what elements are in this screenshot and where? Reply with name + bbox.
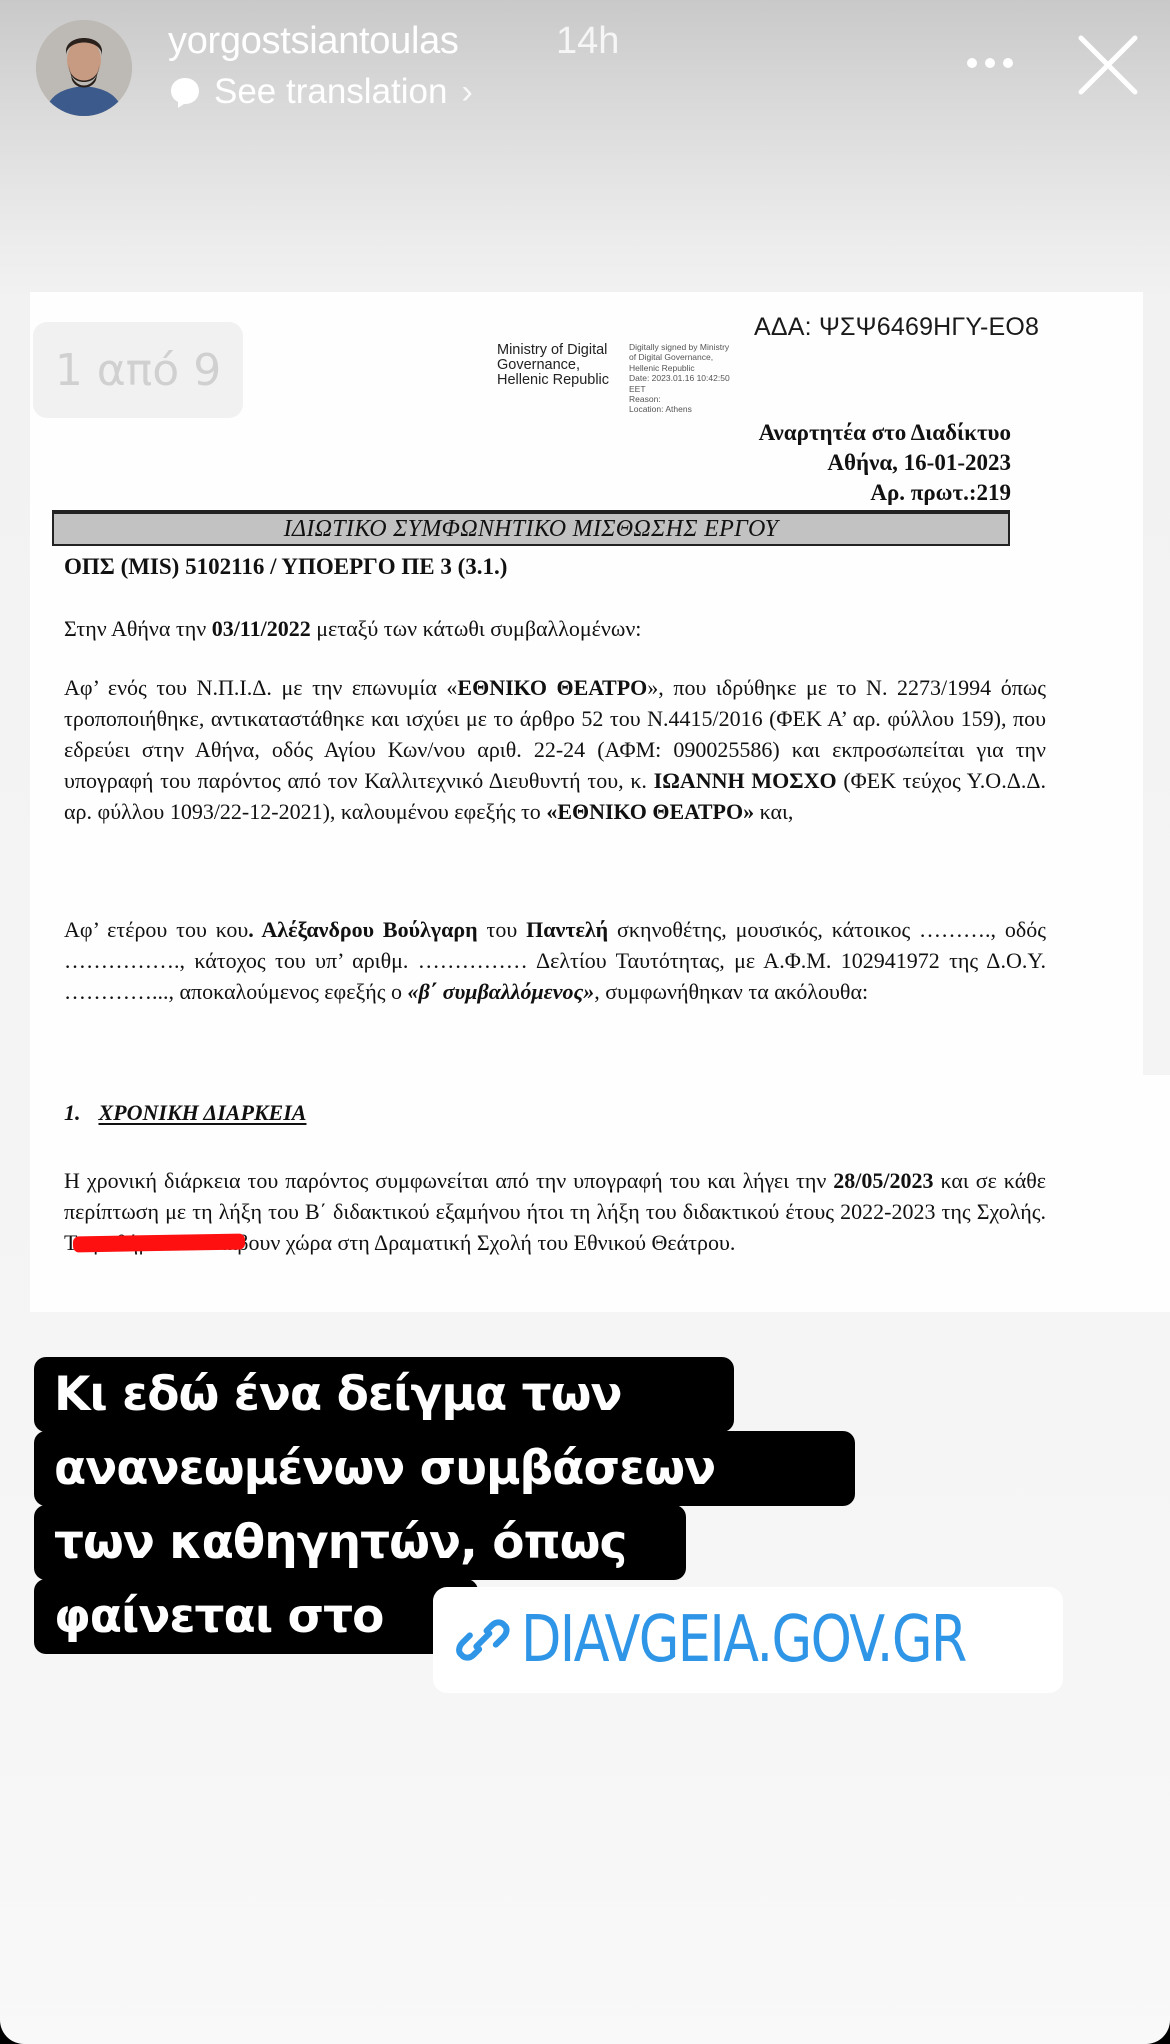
signature-line: Location: Athens <box>629 404 759 414</box>
text: Αφ’ ενός του Ν.Π.Ι.Δ. με την επωνυμία « <box>64 675 457 700</box>
link-label: DIAVGEIA.GOV.GR <box>521 1603 966 1677</box>
avatar[interactable] <box>36 20 132 116</box>
party-b-paragraph: Αφ’ ετέρου του κου. Αλέξανδρου Βούλγαρη … <box>64 914 1046 1007</box>
end-date: 28/05/2023 <box>833 1168 933 1193</box>
link-sticker[interactable]: DIAVGEIA.GOV.GR <box>433 1587 1063 1693</box>
document-title: ΙΔΙΩΤΙΚΟ ΣΥΜΦΩΝΗΤΙΚΟ ΜΙΣΘΩΣΗΣ ΕΡΓΟΥ <box>52 512 1010 546</box>
caption-line: φαίνεται στο <box>34 1579 478 1654</box>
close-icon[interactable] <box>1075 32 1141 98</box>
signature-line: of Digital Governance, <box>629 352 759 362</box>
post-time: 14h <box>556 20 619 63</box>
signature-line: Date: 2023.01.16 10:42:50 <box>629 373 759 383</box>
text: μεταξύ των κάτωθι συμβαλλομένων: <box>311 616 642 641</box>
caption-line: των καθηγητών, όπως <box>34 1505 686 1580</box>
signature-line: EET <box>629 384 759 394</box>
contract-date: 03/11/2022 <box>212 616 311 641</box>
document-header-right: Αναρτητέα στο Διαδίκτυο Αθήνα, 16-01-202… <box>600 418 1011 508</box>
text: Η χρονική διάρκεια του παρόντος συμφωνεί… <box>64 1168 833 1193</box>
ministry-line: Ministry of Digital <box>497 343 619 358</box>
signature-line: Hellenic Republic <box>629 363 759 373</box>
father-name: Παντελή <box>526 917 608 942</box>
ministry-label: Ministry of Digital Governance, Hellenic… <box>497 343 619 388</box>
director-name: ΙΩΑΝΝΗ ΜΟΣΧΟ <box>654 768 837 793</box>
link-icon <box>455 1610 511 1670</box>
document-date: Αθήνα, 16-01-2023 <box>600 448 1011 478</box>
text: Αφ’ ετέρου του κου <box>64 917 248 942</box>
ministry-line: Hellenic Republic <box>497 373 619 388</box>
section-heading: 1.ΧΡΟΝΙΚΗ ΔΙΑΡΚΕΙΑ <box>64 1100 306 1126</box>
protocol-number: Αρ. πρωτ.:219 <box>600 478 1011 508</box>
ellipsis-dot <box>985 58 995 68</box>
ellipsis-icon <box>967 58 977 68</box>
contractor-name: . Αλέξανδρου Βούλγαρη <box>248 917 477 942</box>
ministry-line: Governance, <box>497 358 619 373</box>
section-number: 1. <box>64 1100 81 1125</box>
story-viewer: yorgostsiantoulas 14h See translation › … <box>0 0 1170 2044</box>
ellipsis-dot <box>1003 58 1013 68</box>
text: Στην Αθήνα την <box>64 616 212 641</box>
red-redaction-mark <box>73 1234 245 1253</box>
section-title: ΧΡΟΝΙΚΗ ΔΙΑΡΚΕΙΑ <box>99 1100 307 1125</box>
organization-name: «ΕΘΝΙΚΟ ΘΕΑΤΡΟ» <box>546 799 754 824</box>
profile-photo-icon <box>36 20 132 116</box>
page-indicator: 1 από 9 <box>33 322 243 418</box>
ada-code: ΑΔΑ: ΨΣΨ6469ΗΓΥ-ΕΟ8 <box>754 313 1039 342</box>
see-translation-link[interactable]: See translation › <box>168 70 473 114</box>
text: και, <box>754 799 793 824</box>
more-options-button[interactable] <box>960 48 1020 78</box>
signature-line: Reason: <box>629 394 759 404</box>
text: του <box>478 917 526 942</box>
party-label: «β΄ συμβαλλόμενος» <box>408 979 595 1004</box>
organization-name: ΕΘΝΙΚΟ ΘΕΑΤΡΟ <box>457 675 647 700</box>
see-translation-label: See translation <box>214 72 447 112</box>
mis-line: ΟΠΣ (MIS) 5102116 / ΥΠΟΕΡΓΟ ΠΕ 3 (3.1.) <box>64 554 507 580</box>
party-a-paragraph: Αφ’ ενός του Ν.Π.Ι.Δ. με την επωνυμία «Ε… <box>64 672 1046 827</box>
caption-line: ανανεωμένων συμβάσεων <box>34 1431 855 1506</box>
story-header: yorgostsiantoulas 14h See translation › <box>0 0 1170 140</box>
contract-date-paragraph: Στην Αθήνα την 03/11/2022 μεταξύ των κάτ… <box>64 613 1046 644</box>
digital-signature: Digitally signed by Ministry of Digital … <box>629 342 759 415</box>
username[interactable]: yorgostsiantoulas <box>168 20 459 63</box>
caption-line: Κι εδώ ένα δείγμα των <box>34 1357 734 1432</box>
signature-line: Digitally signed by Ministry <box>629 342 759 352</box>
speech-bubble-icon <box>168 75 202 109</box>
chevron-right-icon: › <box>461 73 472 112</box>
publish-note: Αναρτητέα στο Διαδίκτυο <box>600 418 1011 448</box>
text: , συμφωνήθηκαν τα ακόλουθα: <box>594 979 868 1004</box>
